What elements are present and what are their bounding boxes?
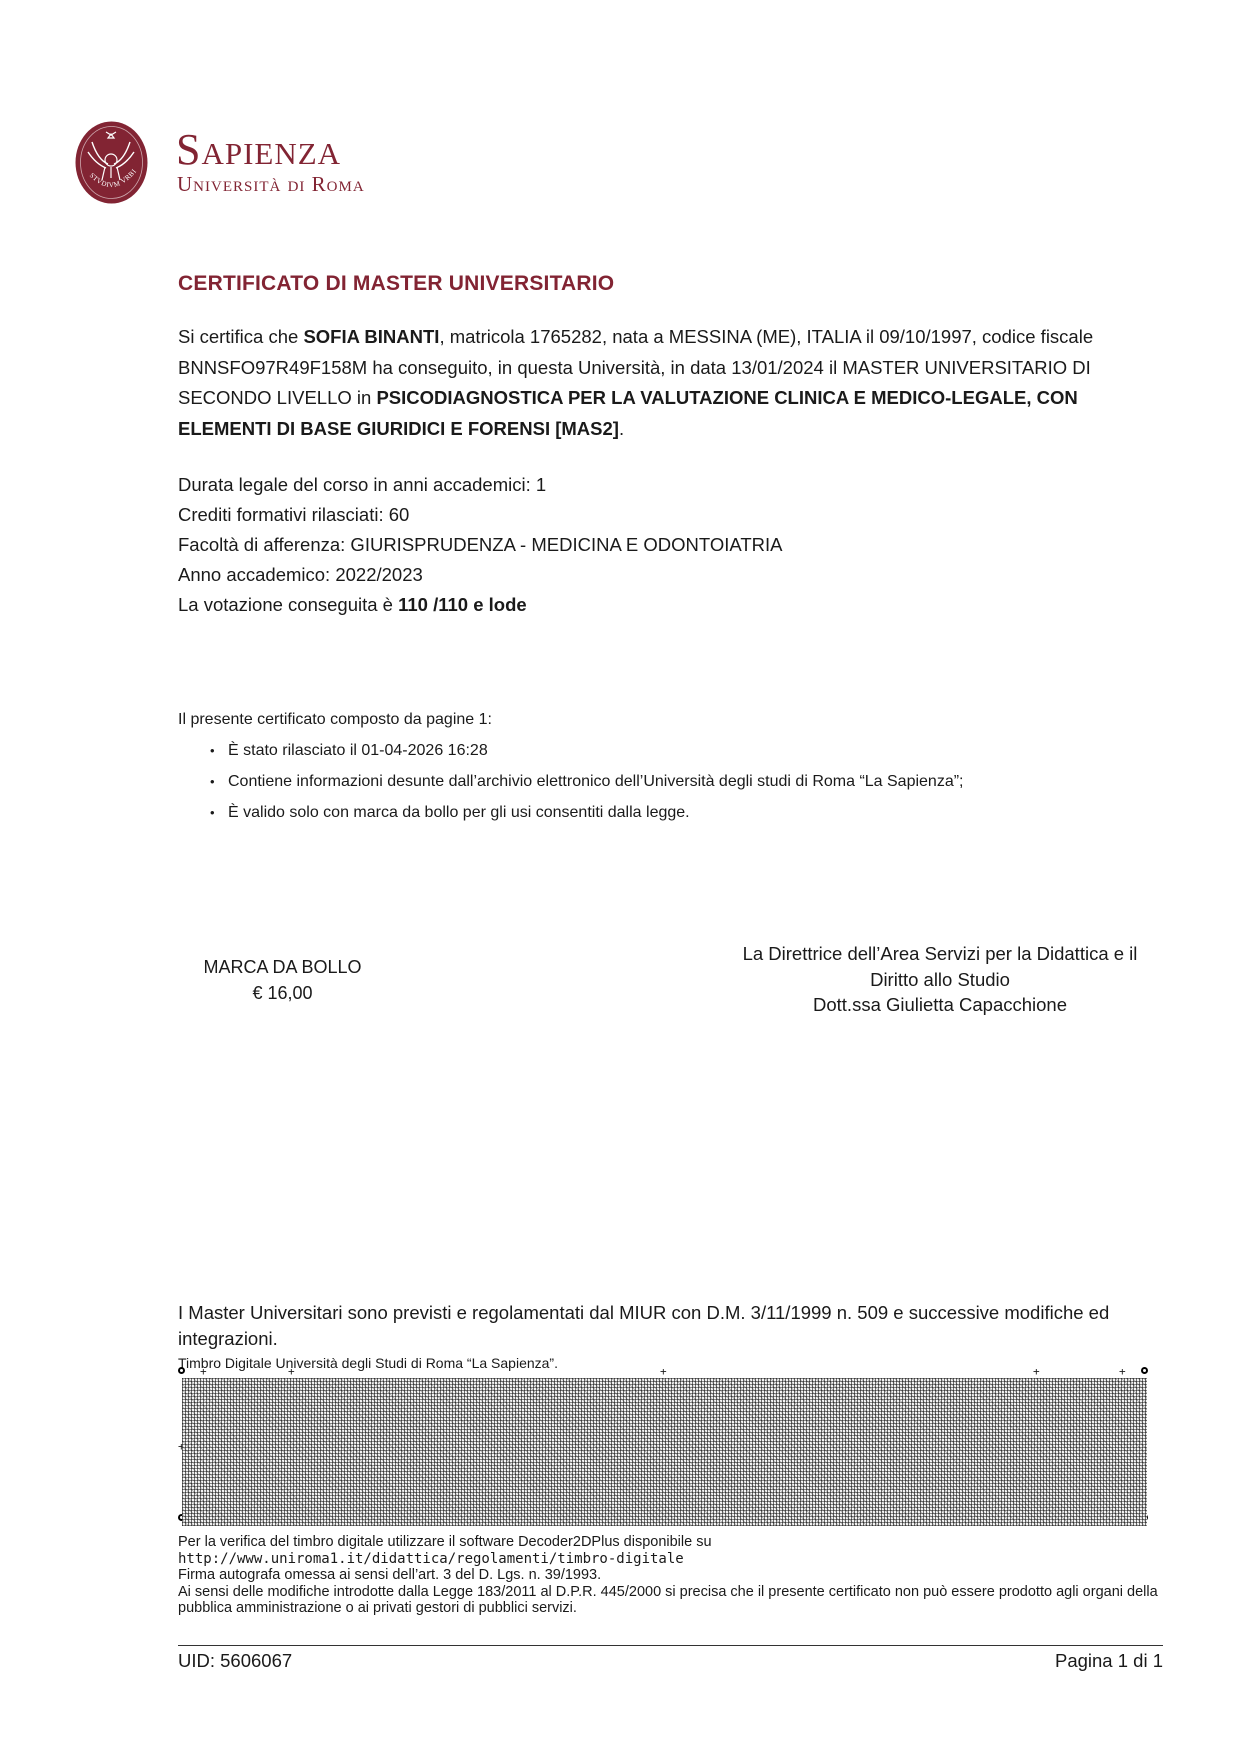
signer-block: La Direttrice dell’Area Servizi per la D… [720, 941, 1160, 1018]
revenue-stamp-box: MARCA DA BOLLO € 16,00 [180, 954, 385, 1006]
composition-item: È valido solo con marca da bollo per gli… [228, 797, 964, 828]
university-subtitle: Università di Roma [177, 173, 365, 195]
dpr-note: Ai sensi delle modifiche introdotte dall… [178, 1584, 1163, 1617]
course-details: Durata legale del corso in anni accademi… [178, 470, 782, 620]
barcode-corner-marker-icon [1141, 1367, 1148, 1374]
signer-role-line1: La Direttrice dell’Area Servizi per la D… [720, 941, 1160, 967]
course-faculty: Facoltà di afferenza: GIURISPRUDENZA - M… [178, 530, 782, 560]
barcode-cross-marker-icon: + [660, 1366, 667, 1377]
intro-suffix: . [619, 418, 624, 439]
composition-item: È stato rilasciato il 01-04-2026 16:28 [228, 735, 964, 766]
academic-year: Anno accademico: 2022/2023 [178, 560, 782, 590]
final-grade: La votazione conseguita è 110 /110 e lod… [178, 590, 782, 620]
university-seal-logo: STVDIVM VRBIS [74, 120, 149, 205]
document-uid: UID: 5606067 [178, 1650, 292, 1672]
composition-list: È stato rilasciato il 01-04-2026 16:28 C… [178, 735, 964, 828]
composition-intro: Il presente certificato composto da pagi… [178, 704, 964, 735]
certification-paragraph: Si certifica che SOFIA BINANTI, matricol… [178, 322, 1163, 444]
verify-url-link[interactable]: http://www.uniroma1.it/didattica/regolam… [178, 1551, 1163, 1568]
verify-text: Per la verifica del timbro digitale util… [178, 1534, 1163, 1551]
university-name: Sapienza [176, 128, 341, 172]
barcode-corner-marker-icon [178, 1367, 185, 1374]
barcode-cross-marker-icon: + [1119, 1366, 1126, 1377]
barcode-cross-marker-icon: + [200, 1366, 207, 1377]
course-credits: Crediti formativi rilasciati: 60 [178, 500, 782, 530]
miur-note: I Master Universitari sono previsti e re… [178, 1300, 1163, 1352]
intro-prefix: Si certifica che [178, 326, 303, 347]
certificate-title: CERTIFICATO DI MASTER UNIVERSITARIO [178, 272, 614, 296]
grade-value: 110 /110 e lode [398, 594, 527, 615]
certificate-composition: Il presente certificato composto da pagi… [178, 704, 964, 828]
digital-stamp-barcode [182, 1378, 1147, 1526]
seal-icon: STVDIVM VRBIS [74, 120, 149, 205]
signature-note: Firma autografa omessa ai sensi dell’art… [178, 1567, 1163, 1584]
signer-role-line2: Diritto allo Studio [720, 967, 1160, 993]
verification-notes: Per la verifica del timbro digitale util… [178, 1534, 1163, 1617]
page-number: Pagina 1 di 1 [1055, 1650, 1163, 1672]
grade-prefix: La votazione conseguita è [178, 594, 398, 615]
composition-item: Contiene informazioni desunte dall’archi… [228, 766, 964, 797]
student-name: SOFIA BINANTI [303, 326, 439, 347]
barcode-cross-marker-icon: + [1033, 1366, 1040, 1377]
stamp-label: MARCA DA BOLLO [180, 954, 385, 980]
barcode-cross-marker-icon: + [288, 1366, 295, 1377]
digital-stamp-label: Timbro Digitale Università degli Studi d… [178, 1355, 558, 1371]
stamp-amount: € 16,00 [180, 980, 385, 1006]
signer-name: Dott.ssa Giulietta Capacchione [720, 992, 1160, 1018]
course-duration: Durata legale del corso in anni accademi… [178, 470, 782, 500]
footer-divider [178, 1645, 1163, 1646]
